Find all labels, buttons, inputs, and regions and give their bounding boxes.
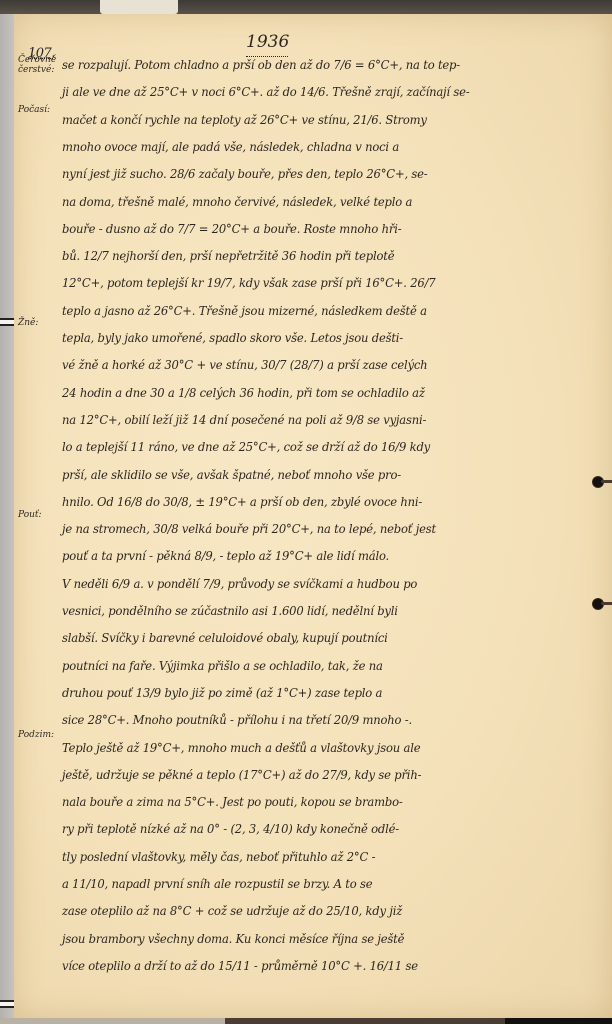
text-line: se rozpalují. Potom chladno a prší ob de… bbox=[62, 58, 582, 72]
binder-clip bbox=[0, 318, 14, 326]
text-line: hnilo. Od 16/8 do 30/8, ± 19°C+ a prší o… bbox=[62, 495, 582, 509]
text-line: pouť a ta první - pěkná 8/9, - teplo až … bbox=[62, 549, 582, 563]
text-line: a 11/10, napadl první sníh ale rozpustil… bbox=[62, 877, 582, 891]
text-line: nyní jest již sucho. 28/6 začaly bouře, … bbox=[62, 167, 582, 181]
text-line: mačet a končí rychle na teploty až 26°C+… bbox=[62, 113, 582, 127]
text-line: druhou pouť 13/9 bylo již po zimě (až 1°… bbox=[62, 686, 582, 700]
text-line: vesnici, pondělního se zúčastnilo asi 1.… bbox=[62, 604, 582, 618]
paper-tab bbox=[100, 0, 178, 14]
margin-label: Podzim: bbox=[18, 730, 52, 740]
text-line: lo a teplejší 11 ráno, ve dne až 25°C+, … bbox=[62, 440, 582, 454]
text-line: více oteplilo a drží to až do 15/11 - pr… bbox=[62, 959, 582, 973]
text-line: slabší. Svíčky i barevné celuloidové oba… bbox=[62, 631, 582, 645]
margin-label: Čeřovné čerstvé: bbox=[18, 55, 52, 75]
text-line: Teplo ještě až 19°C+, mnoho much a dešťů… bbox=[62, 741, 582, 755]
text-line: bouře - dusno až do 7/7 = 20°C+ a bouře.… bbox=[62, 222, 582, 236]
text-line: tepla, byly jako umořené, spadlo skoro v… bbox=[62, 331, 582, 345]
margin-label: Pouť: bbox=[18, 510, 52, 520]
text-line: jsou brambory všechny doma. Ku konci měs… bbox=[62, 932, 582, 946]
text-line: je na stromech, 30/8 velká bouře při 20°… bbox=[62, 522, 582, 536]
binder-clip bbox=[0, 1000, 14, 1008]
text-line: bů. 12/7 nejhorší den, prší nepřetržitě … bbox=[62, 249, 582, 263]
heading-underline bbox=[246, 56, 288, 57]
text-line: na doma, třešně malé, mnoho červivé, nás… bbox=[62, 195, 582, 209]
text-line: 12°C+, potom teplejší kr 19/7, kdy však … bbox=[62, 276, 582, 290]
text-line: na 12°C+, obilí leží již 14 dní posečené… bbox=[62, 413, 582, 427]
text-line: nala bouře a zima na 5°C+. Jest po pouti… bbox=[62, 795, 582, 809]
ledger-page: 107. 1936 Čeřovné čerstvé:Počasí:Žně:Pou… bbox=[14, 14, 612, 1018]
margin-label: Počasí: bbox=[18, 105, 52, 115]
text-line: ještě, udržuje se pěkné a teplo (17°C+) … bbox=[62, 768, 582, 782]
text-line: prší, ale sklidilo se vše, avšak špatné,… bbox=[62, 468, 582, 482]
text-line: tly poslední vlaštovky, měly čas, neboť … bbox=[62, 850, 582, 864]
text-line: vé žně a horké až 30°C + ve stínu, 30/7 … bbox=[62, 358, 582, 372]
scanner-bottom-edge bbox=[0, 1018, 612, 1024]
text-line: teplo a jasno až 26°C+. Třešně jsou mize… bbox=[62, 304, 582, 318]
text-line: sice 28°C+. Mnoho poutníků - přílohu i n… bbox=[62, 713, 582, 727]
text-line: V neděli 6/9 a. v pondělí 7/9, průvody s… bbox=[62, 577, 582, 591]
punch-hole-icon bbox=[592, 598, 604, 610]
text-line: zase oteplilo až na 8°C + což se udržuje… bbox=[62, 904, 582, 918]
text-line: poutníci na faře. Výjimka přišlo a se oc… bbox=[62, 659, 582, 673]
text-line: mnoho ovoce mají, ale padá vše, následek… bbox=[62, 140, 582, 154]
text-line: 24 hodin a dne 30 a 1/8 celých 36 hodin,… bbox=[62, 386, 582, 400]
text-line: ry při teplotě nízké až na 0° - (2, 3, 4… bbox=[62, 822, 582, 836]
year-heading: 1936 bbox=[246, 32, 289, 52]
punch-hole-icon bbox=[592, 476, 604, 488]
text-line: ji ale ve dne až 25°C+ v noci 6°C+. až d… bbox=[62, 85, 582, 99]
margin-label: Žně: bbox=[18, 318, 52, 328]
